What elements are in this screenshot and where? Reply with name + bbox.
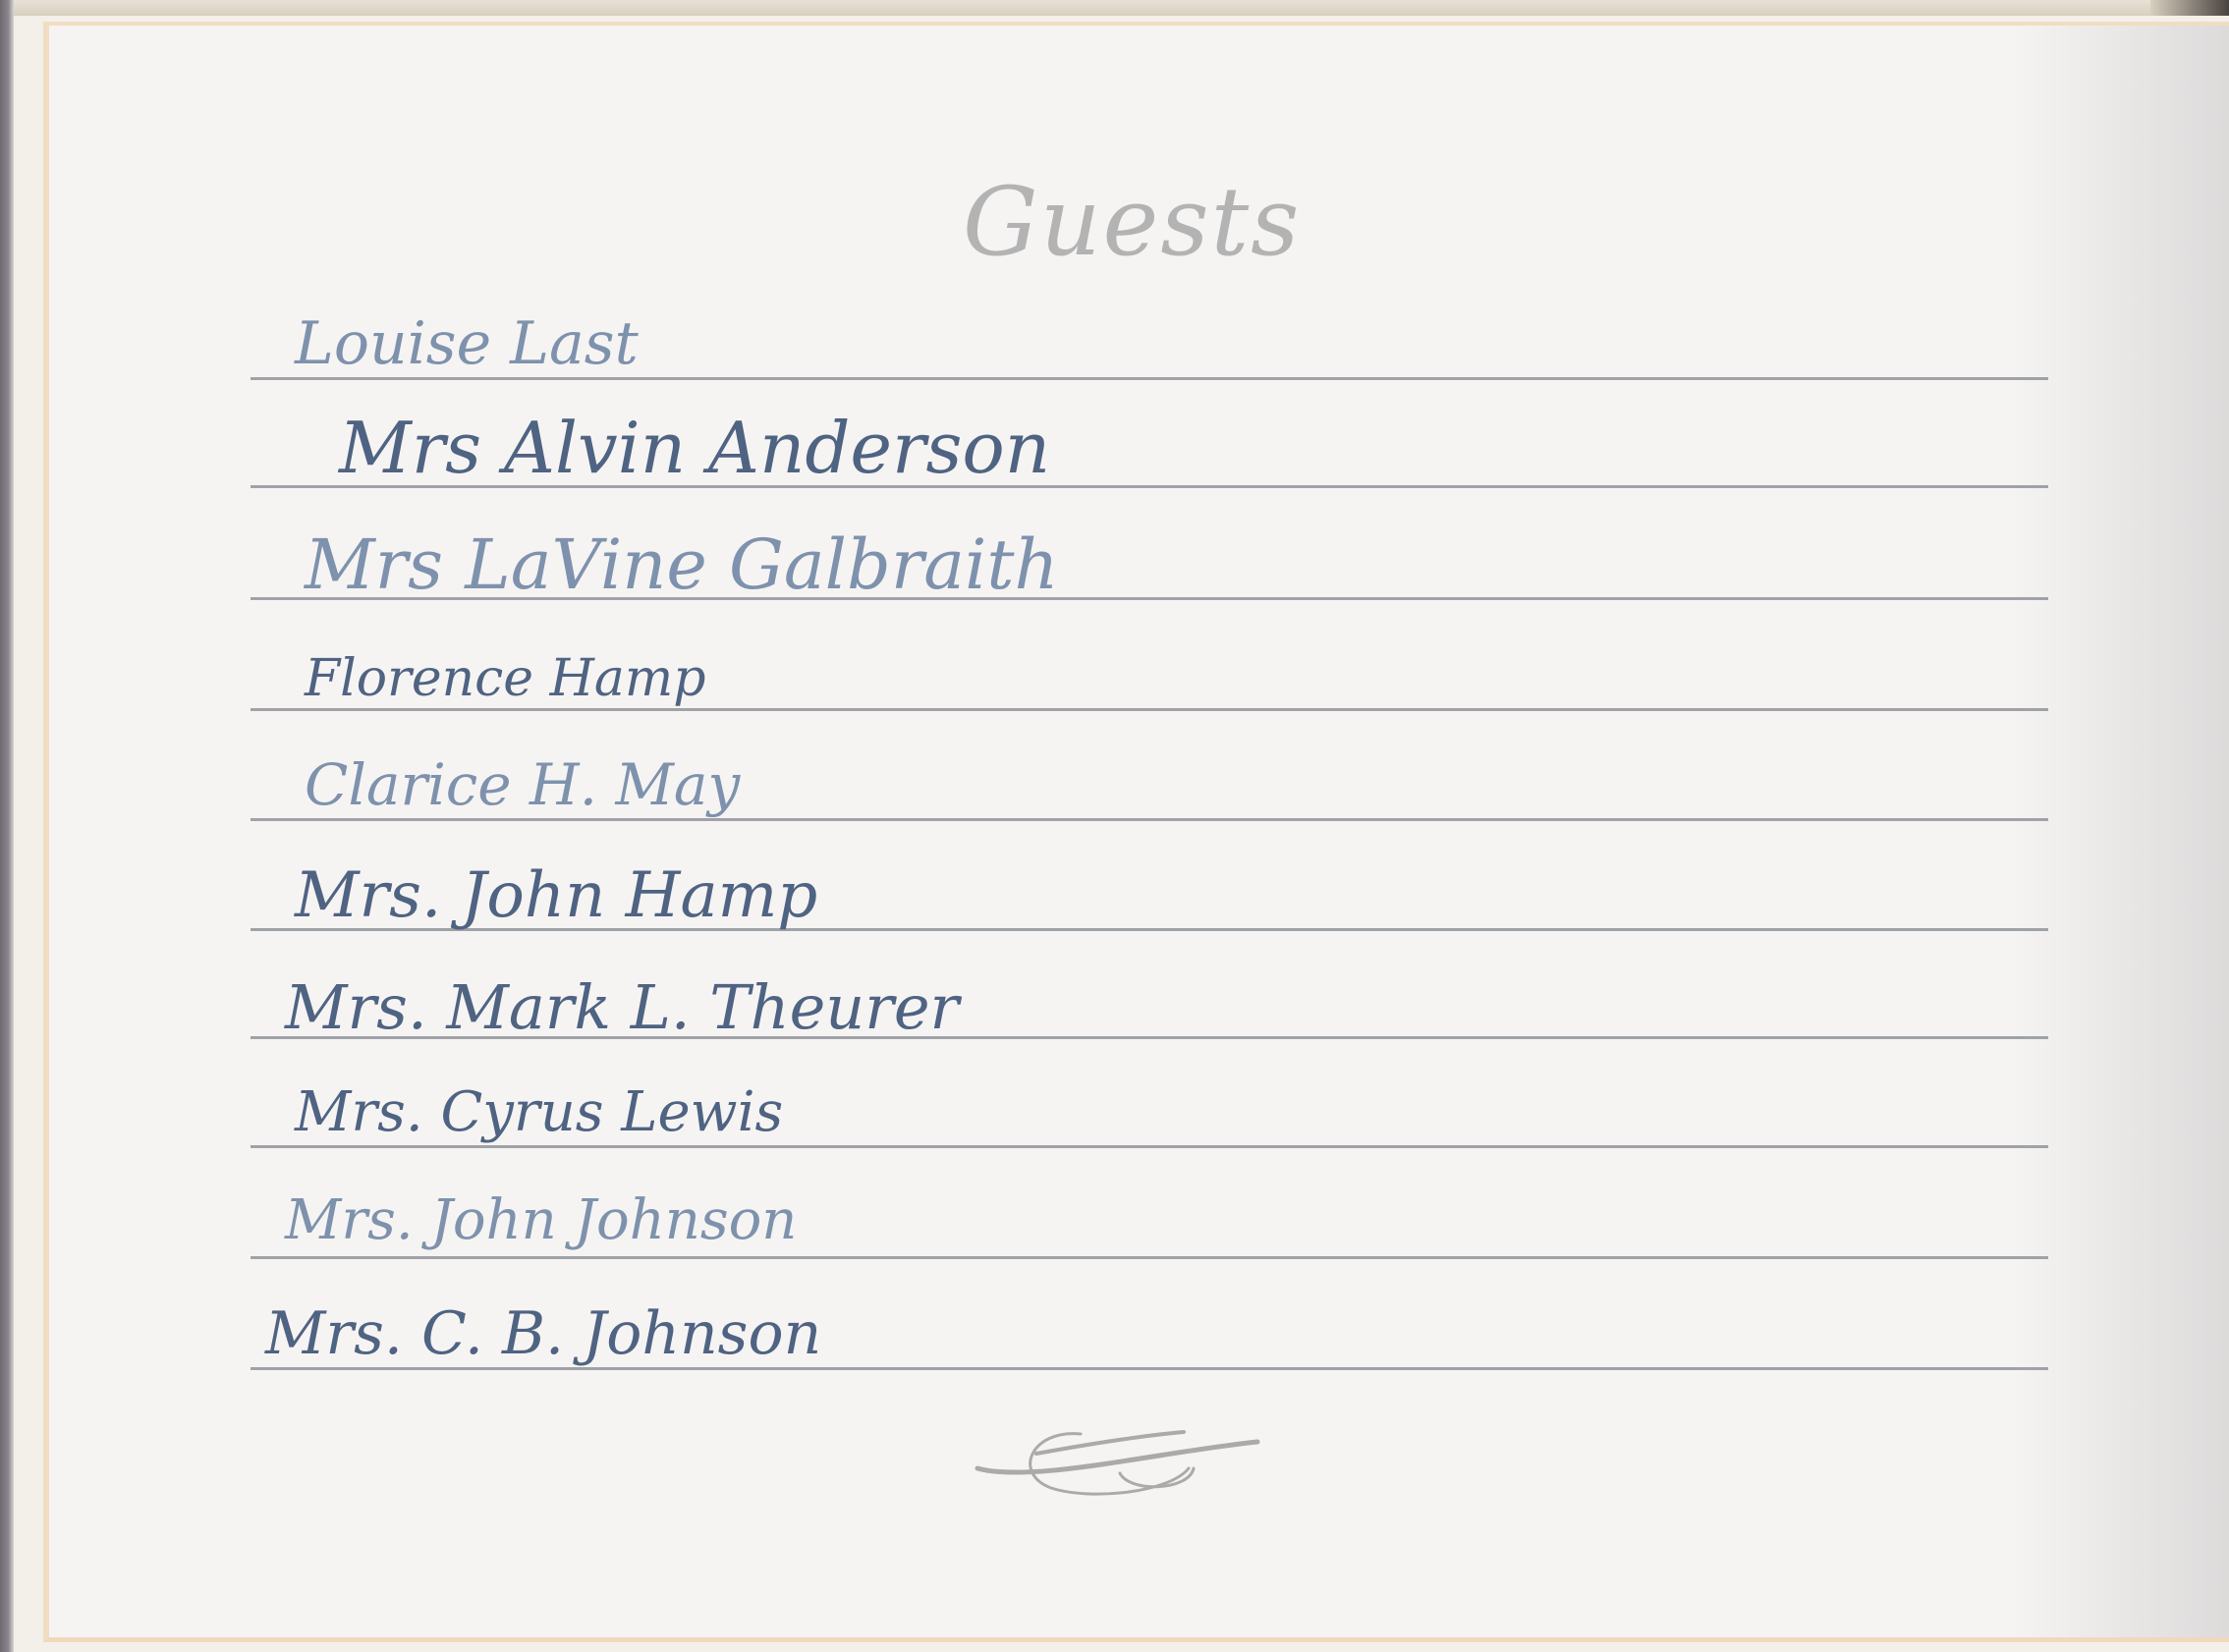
guest-entry: Mrs Alvin Anderson: [339, 413, 1050, 483]
guest-entry: Mrs. C. B. Johnson: [265, 1304, 821, 1363]
guest-entry: Mrs. Cyrus Lewis: [295, 1085, 783, 1140]
ruled-line: [251, 818, 2048, 821]
guest-entry: Mrs. John Hamp: [295, 864, 817, 927]
ruled-line: [251, 1256, 2048, 1259]
guest-entry: Mrs LaVine Galbraith: [305, 530, 1059, 599]
cover-top-edge: [14, 0, 2229, 16]
guest-entry: Louise Last: [295, 314, 639, 373]
guest-entry: Clarice H. May: [305, 756, 740, 813]
guest-entry: Florence Hamp: [305, 653, 706, 704]
guest-entry: Mrs. John Johnson: [285, 1193, 797, 1248]
guest-entry: Mrs. Mark L. Theurer: [285, 977, 959, 1038]
flourish-icon: [973, 1414, 1267, 1513]
cover-top-corner: [2150, 0, 2229, 16]
ruled-line: [251, 708, 2048, 711]
ruled-line: [251, 1145, 2048, 1148]
book-spine-shadow: [0, 0, 14, 1652]
page-title: Guests: [963, 167, 1297, 277]
